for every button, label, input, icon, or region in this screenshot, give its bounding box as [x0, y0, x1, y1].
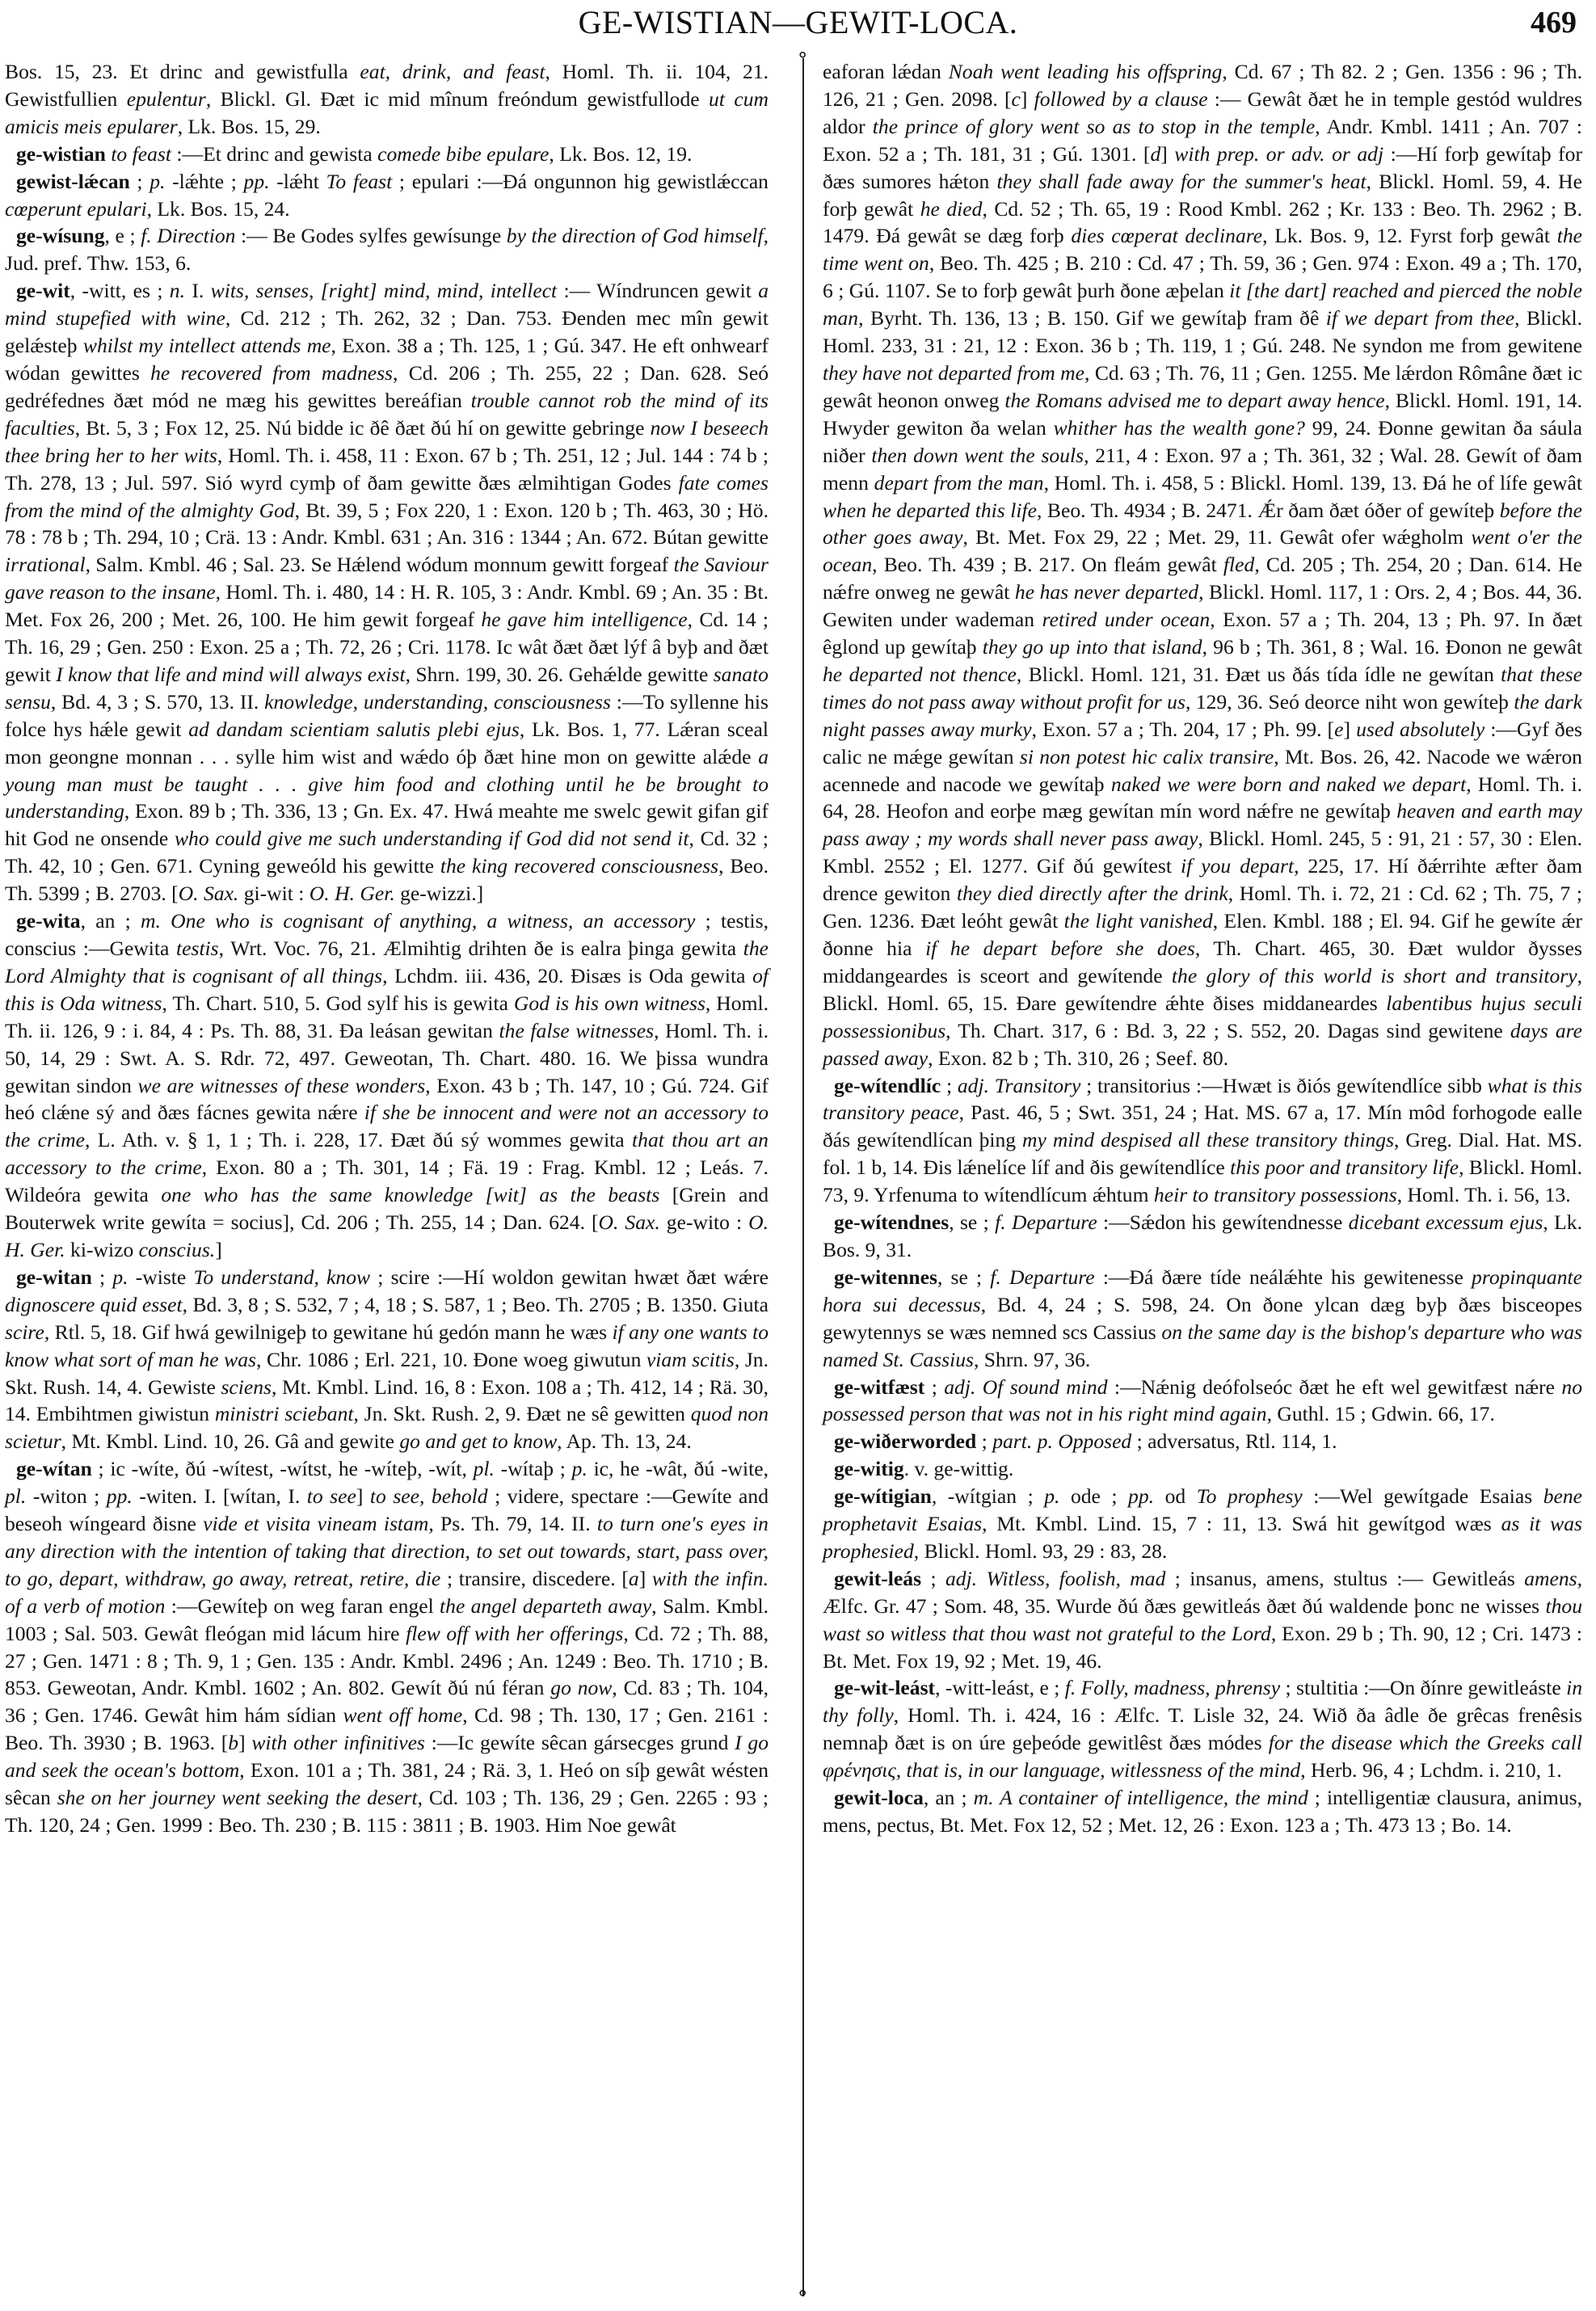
italic-gloss: heir to transitory possessions	[1154, 1183, 1397, 1206]
italic-gloss: pl.	[474, 1457, 495, 1480]
italic-gloss: n.	[170, 279, 185, 302]
entry-text: , Lk. Bos. 15, 24.	[147, 197, 290, 221]
italic-gloss: who could give me such understanding if …	[175, 827, 689, 850]
italic-gloss: followed by a clause	[1034, 87, 1208, 111]
entry-text: ]	[215, 1238, 222, 1261]
entry-text: , Herb. 96, 4 ; Lchdm. i. 210, 1.	[1300, 1758, 1561, 1782]
entry-text: , Bd. 4, 3 ; S. 570, 13. II.	[51, 690, 264, 714]
italic-gloss: pp.	[1128, 1484, 1154, 1508]
dictionary-entry: ge-witig. v. ge-wittig.	[823, 1455, 1582, 1483]
headword: ge-wiðerworded	[834, 1429, 976, 1453]
entry-text: , an ;	[924, 1786, 974, 1809]
entry-text: ; insanus, amens, stultus :— Gewitleás	[1165, 1567, 1524, 1590]
dictionary-entry: gewit-leás ; adj. Witless, foolish, mad …	[823, 1565, 1582, 1675]
entry-text: , se ;	[949, 1210, 995, 1234]
italic-gloss: flew off with her offerings	[406, 1622, 623, 1645]
entry-text: ]	[639, 1567, 652, 1590]
headword: ge-wit	[16, 279, 70, 302]
entry-text: :— Wíndruncen gewit	[557, 279, 758, 302]
italic-gloss: he gave him intelligence	[481, 608, 687, 631]
italic-gloss: amens	[1524, 1567, 1577, 1590]
dictionary-entry: ge-wítigian, -wítgian ; p. ode ; pp. od …	[823, 1483, 1582, 1565]
entry-text: ; epulari :—Ðá ongunnon hig gewistlǽccan	[392, 170, 769, 193]
headword: ge-wítan	[16, 1457, 92, 1480]
entry-text: , Byrht. Th. 136, 13 ; B. 150. Gif we ge…	[858, 306, 1326, 330]
italic-gloss: si non potest hic calix transire	[1020, 745, 1274, 768]
headword: ge-wítendnes	[834, 1210, 949, 1234]
italic-gloss: whither has the wealth gone?	[1054, 416, 1305, 440]
italic-gloss: they go up into that island	[983, 635, 1202, 659]
italic-gloss: the angel departeth away	[440, 1594, 651, 1618]
italic-gloss: then down went the souls	[871, 444, 1084, 467]
column-rule-ornament-bottom: ⚬	[795, 2285, 810, 2303]
italic-gloss: with prep. or adv. or adj	[1174, 142, 1383, 166]
italic-gloss: m. A container of intelligence, the mind	[974, 1786, 1308, 1809]
headword: ge-wit-leást	[834, 1676, 935, 1699]
entry-text: ;	[130, 170, 149, 193]
entry-text: ]	[1021, 87, 1034, 111]
entry-text: ;	[92, 1265, 112, 1289]
entry-text: , Shrn. 199, 30. 26. Gehǽlde gewitte	[406, 663, 714, 686]
italic-gloss: when he departed this life	[823, 499, 1037, 522]
entry-text: , Salm. Kmbl. 46 ; Sal. 23. Se Hǽlend wó…	[86, 553, 674, 576]
dictionary-entry: ge-witfæst ; adj. Of sound mind :—Nǽnig …	[823, 1374, 1582, 1429]
italic-gloss: pp.	[244, 170, 270, 193]
italic-gloss: if we depart from thee	[1326, 306, 1514, 330]
italic-gloss: the prince of glory went so as to stop i…	[873, 115, 1315, 138]
entry-text: , Guthl. 15 ; Gdwin. 66, 17.	[1267, 1402, 1495, 1425]
italic-gloss: vide et visita vineam istam	[203, 1512, 428, 1535]
italic-gloss: p.	[1044, 1484, 1059, 1508]
italic-gloss: he recovered from madness	[150, 361, 393, 385]
entry-text: -lǽht	[270, 170, 326, 193]
entry-text: , Blickl. Gl. Ðæt ic mid mînum freóndum …	[206, 87, 709, 111]
entry-text: , Bt. 5, 3 ; Fox 12, 25. Nú bidde ic ðê …	[75, 416, 651, 440]
italic-gloss: d	[1150, 142, 1160, 166]
italic-gloss: To feast	[326, 170, 393, 193]
italic-gloss: they have not departed from me	[823, 361, 1084, 385]
entry-text: , -witt, es ;	[70, 279, 170, 302]
italic-gloss: f. Departure	[990, 1265, 1094, 1289]
italic-gloss: naked we were born and naked we depart	[1111, 772, 1466, 796]
italic-gloss: ad dandam scientiam salutis plebi ejus	[188, 718, 520, 741]
entry-text: , e ;	[105, 224, 141, 247]
dictionary-entry: gewit-loca, an ; m. A container of intel…	[823, 1784, 1582, 1839]
italic-gloss: f. Folly, madness, phrensy	[1065, 1676, 1280, 1699]
entry-text: ;	[941, 1074, 958, 1097]
italic-gloss: if he depart before she does	[925, 937, 1195, 960]
dictionary-entry: ge-wita, an ; m. One who is cognisant of…	[5, 907, 769, 1264]
entry-text: , Lk. Bos. 9, 12. Fyrst forþ gewât	[1262, 224, 1557, 247]
dictionary-entry: ge-wistian to feast :—Et drinc and gewis…	[5, 141, 769, 168]
entry-continuation: Bos. 15, 23. Et drinc and gewistfulla ea…	[5, 58, 769, 141]
entry-text: ]	[1343, 718, 1356, 741]
italic-gloss: scire	[5, 1320, 44, 1344]
entry-text: ge-wito :	[660, 1210, 748, 1234]
italic-gloss: b	[228, 1731, 238, 1754]
italic-gloss: they died directly after the drink	[957, 882, 1228, 905]
running-head: GE-WISTIAN—GEWIT-LOCA.	[0, 3, 1596, 42]
entry-text: ;	[976, 1429, 992, 1453]
italic-gloss: a	[629, 1567, 639, 1590]
entry-text: :—Wel gewítgade Esaias	[1303, 1484, 1543, 1508]
entry-text: . v. ge-wittig.	[904, 1457, 1014, 1480]
italic-gloss: p.	[149, 170, 165, 193]
entry-text: , Homl. Th. i. 458, 5 : Blickl. Homl. 13…	[1044, 471, 1582, 495]
italic-gloss: adj. Transitory	[958, 1074, 1081, 1097]
entry-text: -wiste	[128, 1265, 194, 1289]
entry-text: , Blickl. Homl. 121, 31. Ðæt us ðás tída…	[1017, 663, 1501, 686]
entry-text: , Bt. Met. Fox 29, 22 ; Met. 29, 11. Gew…	[962, 525, 1471, 549]
italic-gloss: with other infinitives	[251, 1731, 425, 1754]
italic-gloss: Noah went leading his offspring	[949, 60, 1223, 83]
italic-gloss: wits, senses, [right] mind, mind, intell…	[211, 279, 558, 302]
entry-text: , Mt. Kmbl. Lind. 10, 26. Gâ and gewite	[61, 1429, 400, 1453]
italic-gloss: if you depart	[1181, 854, 1294, 878]
italic-gloss: To prophesy	[1197, 1484, 1303, 1508]
right-column: eaforan lǽdan Noah went leading his offs…	[823, 58, 1582, 1839]
entry-text: , Bd. 3, 8 ; S. 532, 7 ; 4, 18 ; S. 587,…	[183, 1293, 769, 1316]
entry-text: , Ap. Th. 13, 24.	[557, 1429, 692, 1453]
entry-text: ; ic -wíte, ðú -wítest, -wítst, he -wíte…	[92, 1457, 474, 1480]
italic-gloss: conscius.	[139, 1238, 216, 1261]
headword: ge-wítigian	[834, 1484, 932, 1508]
dictionary-entry: ge-wit-leást, -witt-leást, e ; f. Folly,…	[823, 1674, 1582, 1784]
dictionary-entry: ge-wiðerworded ; part. p. Opposed ; adve…	[823, 1428, 1582, 1455]
italic-gloss: we are witnesses of these wonders	[138, 1074, 426, 1097]
entry-text: ; transitorius :—Hwæt is ðiós gewítendlí…	[1080, 1074, 1487, 1097]
italic-gloss: testis	[176, 937, 219, 960]
headword: gewist-lǽcan	[16, 170, 130, 193]
italic-gloss: the king recovered consciousness	[440, 854, 718, 878]
italic-gloss: pl.	[5, 1484, 26, 1508]
entry-text: , 96 b ; Th. 361, 8 ; Wal. 16. Ðonon ne …	[1202, 635, 1582, 659]
entry-text: -witon ;	[26, 1484, 106, 1508]
entry-text: -lǽhte ;	[165, 170, 243, 193]
headword: gewit-loca	[834, 1786, 924, 1809]
entry-text: ; stultitia :—On ðínre gewitleáste	[1280, 1676, 1566, 1699]
entry-text: , Exon. 82 b ; Th. 310, 26 ; Seef. 80.	[928, 1046, 1228, 1070]
italic-gloss: knowledge, understanding, consciousness	[264, 690, 611, 714]
italic-gloss: pp.	[107, 1484, 133, 1508]
entry-text: od	[1154, 1484, 1197, 1508]
italic-gloss: cœperunt epulari	[5, 197, 147, 221]
italic-gloss: O. H. Ger.	[310, 882, 395, 905]
entry-text: , Lk. Bos. 15, 29.	[178, 115, 321, 138]
entry-continuation: eaforan lǽdan Noah went leading his offs…	[823, 58, 1582, 1072]
italic-gloss: adj. Of sound mind	[944, 1375, 1107, 1399]
dictionary-entry: ge-wit, -witt, es ; n. I. wits, senses, …	[5, 277, 769, 907]
entry-text: , L. Ath. v. § 1, 1 ; Th. i. 228, 17. Ðæ…	[85, 1128, 632, 1151]
entry-text: , Homl. Th. i. 56, 13.	[1397, 1183, 1571, 1206]
entry-text: , Beo. Th. 4934 ; B. 2471. Ǽr ðam ðæt óð…	[1037, 499, 1500, 522]
entry-text: ; transire, discedere. [	[440, 1567, 629, 1590]
entry-text: , Jn. Skt. Rush. 2, 9. Ðæt ne sê gewitte…	[354, 1402, 691, 1425]
italic-gloss: p.	[112, 1265, 128, 1289]
italic-gloss: my mind despised all these transitory th…	[1022, 1128, 1394, 1151]
italic-gloss: God is his own witness	[514, 991, 705, 1015]
entry-text: ge-wizzi.]	[395, 882, 483, 905]
entry-text: , Ps. Th. 79, 14. II.	[428, 1512, 597, 1535]
italic-gloss: f. Direction	[141, 224, 235, 247]
italic-gloss: sciens	[221, 1375, 272, 1399]
italic-gloss: f. Departure	[995, 1210, 1097, 1234]
entry-text: ;	[921, 1567, 945, 1590]
italic-gloss: eat, drink, and feast	[360, 60, 545, 83]
italic-gloss: part. p. Opposed	[992, 1429, 1131, 1453]
italic-gloss: went off home	[343, 1703, 463, 1727]
entry-text: , an ;	[81, 909, 141, 932]
dictionary-entry: ge-witan ; p. -wiste To understand, know…	[5, 1264, 769, 1455]
entry-text: :—Ðá ðære tíde neálǽhte his gewitenesse	[1095, 1265, 1472, 1289]
entry-text: I.	[185, 279, 211, 302]
italic-gloss: they shall fade away for the summer's he…	[997, 170, 1366, 193]
italic-gloss: he has never departed	[1015, 580, 1198, 604]
italic-gloss: the glory of this world is short and tra…	[1172, 964, 1577, 987]
headword: ge-witfæst	[834, 1375, 924, 1399]
italic-gloss: dicebant excessum ejus	[1349, 1210, 1543, 1234]
dictionary-entry: ge-wítendlíc ; adj. Transitory ; transit…	[823, 1072, 1582, 1210]
italic-gloss: e	[1334, 718, 1343, 741]
entry-text: ki-wizo	[65, 1238, 139, 1261]
entry-text: , -witt-leást, e ;	[935, 1676, 1065, 1699]
italic-gloss: go and get to know	[399, 1429, 557, 1453]
entry-text: , -wítgian ;	[932, 1484, 1044, 1508]
italic-gloss: depart from the man	[874, 471, 1044, 495]
entry-text: gi-wit :	[238, 882, 309, 905]
italic-gloss: he departed not thence	[823, 663, 1017, 686]
italic-gloss: O. Sax.	[599, 1210, 660, 1234]
entry-text: , 129, 36. Seó deorce niht won gewíteþ	[1185, 690, 1514, 714]
dictionary-entry: ge-wítendnes, se ; f. Departure :—Sǽdon …	[823, 1209, 1582, 1264]
entry-text: , se ;	[937, 1265, 990, 1289]
italic-gloss: one who has the same knowledge [wit] as …	[161, 1183, 659, 1206]
entry-text: eaforan lǽdan	[823, 60, 949, 83]
entry-text: , Shrn. 97, 36.	[974, 1348, 1090, 1371]
italic-gloss: I know that life and mind will always ex…	[56, 663, 405, 686]
entry-text: , Wrt. Voc. 76, 21. Ælmihtig drihten ðe …	[219, 937, 743, 960]
entry-text: , Beo. Th. 439 ; B. 217. On fleám gewât	[872, 553, 1223, 576]
italic-gloss: To understand, know	[193, 1265, 370, 1289]
italic-gloss: ministri sciebant	[215, 1402, 354, 1425]
italic-gloss: O. Sax.	[179, 882, 239, 905]
entry-text: -witen. I. [wítan, I.	[133, 1484, 307, 1508]
entry-text: Bos. 15, 23. Et drinc and gewistfulla	[5, 60, 360, 83]
entry-text: -wítaþ ;	[495, 1457, 572, 1480]
entry-text: :—Ic gewíte sêcan gársecges grund	[425, 1731, 735, 1754]
headword: ge-wítendlíc	[834, 1074, 941, 1097]
italic-gloss: m. One who is cognisant of anything, a w…	[141, 909, 695, 932]
entry-text: :—Nǽnig deófolseóc ðæt he eft wel gewitf…	[1108, 1375, 1562, 1399]
entry-text: :—Et drinc and gewista	[171, 142, 377, 166]
italic-gloss: viam scitis	[646, 1348, 735, 1371]
italic-gloss: the false witnesses	[499, 1019, 655, 1042]
entry-text: , Blickl. Homl. 93, 29 : 83, 28.	[914, 1539, 1168, 1563]
column-divider	[802, 58, 804, 2296]
italic-gloss: the light vanished	[1064, 909, 1213, 932]
headword: ge-wísung	[16, 224, 105, 247]
entry-text: ]	[238, 1731, 251, 1754]
headword: ge-wistian	[16, 142, 106, 166]
italic-gloss: p.	[572, 1457, 587, 1480]
headword: ge-wita	[16, 909, 81, 932]
entry-text: , Th. Chart. 317, 6 : Bd. 3, 22 ; S. 552…	[945, 1019, 1510, 1042]
italic-gloss: whilst my intellect attends me	[83, 334, 331, 357]
entry-text: ode ;	[1059, 1484, 1128, 1508]
italic-gloss: go now	[550, 1676, 612, 1699]
entry-text: :—Gewíteþ on weg faran engel	[165, 1594, 440, 1618]
dictionary-entry: ge-wítan ; ic -wíte, ðú -wítest, -wítst,…	[5, 1455, 769, 1839]
entry-text: ; scire :—Hí woldon gewitan hwæt ðæt wǽr…	[370, 1265, 769, 1289]
italic-gloss: used absolutely	[1356, 718, 1484, 741]
entry-text: , Th. Chart. 510, 5. God sylf his is gew…	[162, 991, 513, 1015]
italic-gloss: retired under ocean	[1042, 608, 1211, 631]
entry-text: , Lk. Bos. 12, 19.	[549, 142, 692, 166]
dictionary-entry: ge-wísung, e ; f. Direction :— Be Godes …	[5, 222, 769, 277]
entry-text: ; adversatus, Rtl. 114, 1.	[1131, 1429, 1337, 1453]
headword: ge-witennes	[834, 1265, 937, 1289]
entry-text: , Exon. 57 a ; Th. 204, 17 ; Ph. 99. [	[1032, 718, 1334, 741]
italic-gloss: irrational	[5, 553, 86, 576]
italic-gloss: adj. Witless, foolish, mad	[945, 1567, 1165, 1590]
italic-gloss: dignoscere quid esset	[5, 1293, 183, 1316]
italic-gloss: dies cœperat declinare	[1071, 224, 1262, 247]
italic-gloss: this poor and transitory life	[1230, 1155, 1459, 1179]
italic-gloss: fled	[1223, 553, 1254, 576]
entry-text: ic, he -wât, ðú -wite,	[587, 1457, 769, 1480]
entry-text: ]	[1160, 142, 1174, 166]
italic-gloss: to see, behold	[370, 1484, 488, 1508]
italic-gloss: comede bibe epulare	[377, 142, 549, 166]
entry-text: , Mt. Kmbl. Lind. 15, 7 : 11, 13. Swá hi…	[982, 1512, 1501, 1535]
entry-text: , Lchdm. iii. 436, 20. Ðisæs is Oda gewi…	[382, 964, 752, 987]
headword: ge-witan	[16, 1265, 92, 1289]
headword: gewit-leás	[834, 1567, 921, 1590]
italic-gloss: to feast	[111, 142, 171, 166]
headword: ge-witig	[834, 1457, 904, 1480]
entry-text: ;	[924, 1375, 944, 1399]
page-number: 469	[1531, 3, 1577, 42]
italic-gloss: she on her journey went seeking the dese…	[57, 1786, 418, 1809]
italic-gloss: c	[1012, 87, 1021, 111]
entry-text: ]	[356, 1484, 370, 1508]
italic-gloss: the Romans advised me to depart away hen…	[1004, 389, 1384, 412]
italic-gloss: he died	[920, 197, 983, 221]
dictionary-entry: ge-witennes, se ; f. Departure :—Ðá ðære…	[823, 1264, 1582, 1374]
italic-gloss: to see	[307, 1484, 356, 1508]
entry-text: , Rtl. 5, 18. Gif hwá gewilnigeþ to gewi…	[44, 1320, 613, 1344]
left-column: Bos. 15, 23. Et drinc and gewistfulla ea…	[5, 58, 769, 1839]
italic-gloss: epulentur	[127, 87, 206, 111]
entry-text: , Chr. 1086 ; Erl. 221, 10. Ðone woeg gi…	[256, 1348, 646, 1371]
italic-gloss: by the direction of God himself	[507, 224, 764, 247]
entry-text: :— Be Godes sylfes gewísunge	[235, 224, 506, 247]
dictionary-entry: gewist-lǽcan ; p. -lǽhte ; pp. -lǽht To …	[5, 168, 769, 223]
entry-text: :—Sǽdon his gewítendnesse	[1097, 1210, 1349, 1234]
